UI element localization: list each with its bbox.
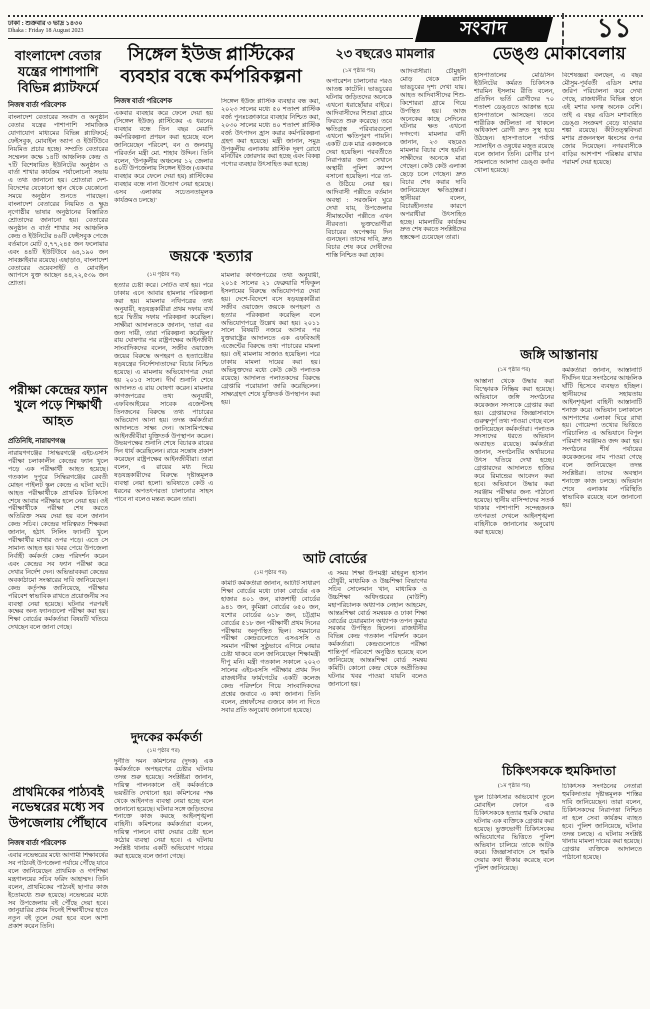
masthead-rule — [8, 38, 413, 39]
byline-textbook: নিজস্ব বার্তা পরিবেশক — [8, 840, 108, 851]
headline-fan: পরীক্ষা কেন্দ্রের ফ্যান খুলে পড়ে শিক্ষা… — [8, 383, 108, 429]
body-plastic-col2: সিঙ্গেল ইউজ প্লাস্টিক ব্যবহার বন্ধ করা, … — [221, 98, 320, 244]
headline-mamla: ২৩ বছরেও মামলার — [314, 46, 456, 62]
pagenote-dudok: (১ম পৃষ্ঠার পর) — [114, 748, 213, 755]
dateline-en: Dhaka : Friday 18 August 2023 — [8, 28, 84, 36]
headline-doctor: চিকিৎসককে হুমকিদাতা — [474, 764, 644, 779]
body-atboard-col2: এ সময় শিক্ষা উপমন্ত্রী মহিবুল হাসান চৌধ… — [328, 570, 427, 1004]
headline-dengue: ডেঙ্গু মোকাবেলায় — [474, 44, 644, 64]
body-dengue-col2: বিশেষজ্ঞরা বলছেন, এ বছর মৌসুম-পূর্ববর্তী… — [562, 72, 642, 342]
newspaper-logo-text: সংবাদ — [458, 14, 509, 45]
headline-atboard: আট বোর্ডের — [240, 551, 430, 567]
byline-radio: নিজস্ব বার্তা পরিবেশক — [8, 102, 108, 113]
headline-jongi: জঙ্গি আস্তানায় — [474, 347, 644, 363]
body-doctor-col1: ভুল চিকিৎসার অভিযোগ তুলে মোবাইল ফোনে এক … — [474, 794, 554, 1004]
dateline-bn: ঢাকা : শুক্রবার ৩ ভাদ্র ১৪৩০ — [8, 20, 84, 28]
headline-dudok: দুদকের কর্মকর্তা — [114, 730, 219, 745]
pagenote-joy: (১ম পৃষ্ঠার পর) — [114, 272, 213, 279]
headline-joy: জয়কে 'হত্যার — [110, 248, 312, 266]
body-dengue-col1: হাসপাতালের মেডিসিন ইউনিটের কর্মরত চিকিৎস… — [474, 72, 554, 342]
pagenote-mamla: (১ম পৃষ্ঠার পর) — [326, 68, 392, 75]
body-jongi-col1: আস্তানা থেকে উদ্ধার করা বিস্ফোরক নিষ্ক্র… — [474, 378, 554, 758]
newspaper-logo: সংবাদ — [415, 17, 553, 42]
byline-fan: প্রতিনিধি, নারায়ণগঞ্জ — [8, 438, 108, 449]
masthead-dateline: ঢাকা : শুক্রবার ৩ ভাদ্র ১৪৩০ Dhaka : Fri… — [8, 20, 84, 36]
body-doctor-col2: চিকিৎসক সংগঠনের নেতারা হুমকিদাতার দৃষ্টা… — [562, 783, 642, 1004]
body-jongi-col2: কর্মকর্তারা জানান, আস্তানাটি দীর্ঘদিন ধর… — [562, 367, 642, 758]
body-joy-col1: হত্যার চেষ্টা করে। সেটিও ব্যর্থ হয়। পরে… — [114, 282, 213, 726]
body-mamla-col1: অপারেশন চালানোর পরও আতঙ্ক কাটেনি। ভাঙচুর… — [326, 78, 392, 548]
headline-plastic: সিঙ্গেল ইউজ প্লাস্টিকের ব্যবহার বন্ধে কর… — [110, 44, 312, 87]
body-atboard-col1: কমিটি কর্মকর্তারা জানান, আটটি সাধারণ শিক… — [221, 580, 320, 1004]
masthead-separator — [562, 13, 564, 45]
newspaper-page: ঢাকা : শুক্রবার ৩ ভাদ্র ১৪৩০ Dhaka : Fri… — [0, 0, 650, 1009]
body-dudok: দুর্নীতি দমন কমিশনের (দুদক) এক কর্মকর্তা… — [114, 758, 213, 1004]
body-joy-col2: মামলার কাগজপত্রের তথ্য অনুযায়ী, ২০১৫ সা… — [221, 272, 320, 548]
body-mamla-col2: আদিবাসীরা। চৌমুহনী মোড় থেকে র‍্যালি ভাঙ… — [400, 68, 466, 548]
pagenote-jongi: (১ম পৃষ্ঠার পর) — [474, 367, 554, 374]
pagenote-doctor: (১ম পৃষ্ঠার পর) — [474, 783, 554, 790]
body-radio: বাংলাদেশ বেতারের সংবাদ ও অনুষ্ঠান বেতার … — [8, 114, 108, 378]
headline-textbook: প্রাথমিকের পাঠ্যবই নভেম্বরের মধ্যে সব উপ… — [8, 785, 108, 831]
body-fan: নারায়ণগঞ্জের সিদ্ধিরগঞ্জে এইচএসসি পরীক্… — [8, 450, 108, 780]
body-plastic-col1: একবার ব্যবহার করে ফেলে দেয়া হয় (সিঙ্গে… — [114, 110, 213, 244]
headline-radio: বাংলাদেশ বেতার যন্ত্রের পাশাপাশি বিভিন্ন… — [8, 48, 108, 96]
pagenote-atboard: (১ম পৃষ্ঠার পর) — [221, 570, 320, 577]
page-number: ১১ — [585, 15, 643, 42]
body-textbook: এবার নভেম্বরের মধ্যে আগামী শিক্ষাবর্ষের … — [8, 852, 108, 1004]
byline-plastic: নিজস্ব বার্তা পরিবেশক — [114, 98, 213, 109]
